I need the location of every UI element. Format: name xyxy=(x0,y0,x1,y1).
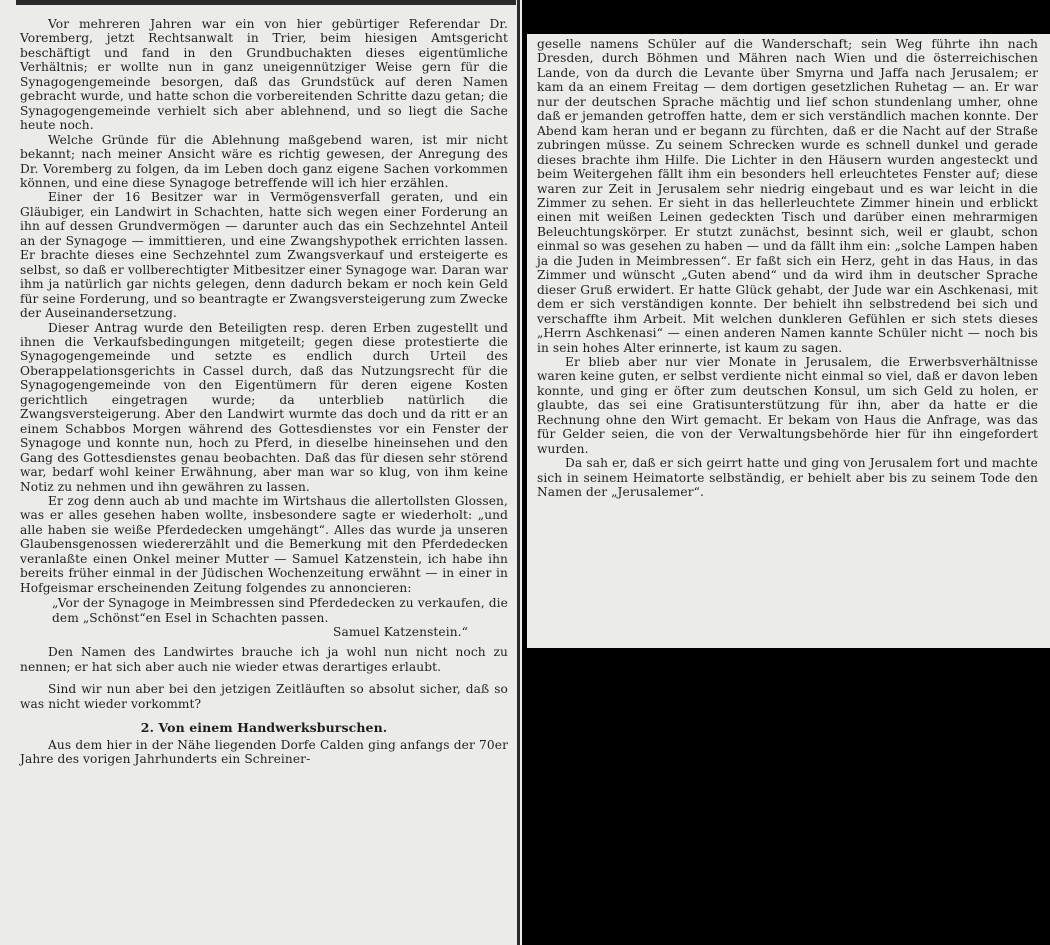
column-divider-rule xyxy=(517,0,520,945)
quote-signature: Samuel Katzenstein.“ xyxy=(52,625,508,639)
top-border xyxy=(16,0,516,5)
paragraph-continuation: geselle namens Schüler auf die Wandersch… xyxy=(537,37,1038,355)
left-column-text: Vor mehreren Jahren war ein von hier geb… xyxy=(20,17,508,767)
paragraph: Sind wir nun aber bei den jetzigen Zeitl… xyxy=(20,682,508,711)
paragraph: Vor mehreren Jahren war ein von hier geb… xyxy=(20,17,508,133)
paragraph: Da sah er, daß er sich geirrt hatte und … xyxy=(537,456,1038,499)
right-column-text: geselle namens Schüler auf die Wandersch… xyxy=(537,37,1038,500)
right-column-page: geselle namens Schüler auf die Wandersch… xyxy=(527,34,1050,648)
paragraph: Dieser Antrag wurde den Beteiligten resp… xyxy=(20,321,508,494)
left-column-page: Vor mehreren Jahren war ein von hier geb… xyxy=(0,0,522,945)
paragraph: Aus dem hier in der Nähe liegenden Dorfe… xyxy=(20,738,508,767)
paragraph: Er zog denn auch ab und machte im Wirtsh… xyxy=(20,494,508,595)
paragraph: Welche Gründe für die Ablehnung maßgeben… xyxy=(20,133,508,191)
advertisement-quote: „Vor der Synagoge in Meimbressen sind Pf… xyxy=(20,596,508,639)
paragraph: Den Namen des Landwirtes brauche ich ja … xyxy=(20,645,508,674)
paragraph: Einer der 16 Besitzer war in Vermögensve… xyxy=(20,190,508,320)
paragraph: Er blieb aber nur vier Monate in Jerusal… xyxy=(537,355,1038,456)
section-heading: 2. Von einem Handwerksburschen. xyxy=(20,721,508,735)
quote-text: „Vor der Synagoge in Meimbressen sind Pf… xyxy=(52,596,508,625)
spacer xyxy=(20,674,508,682)
